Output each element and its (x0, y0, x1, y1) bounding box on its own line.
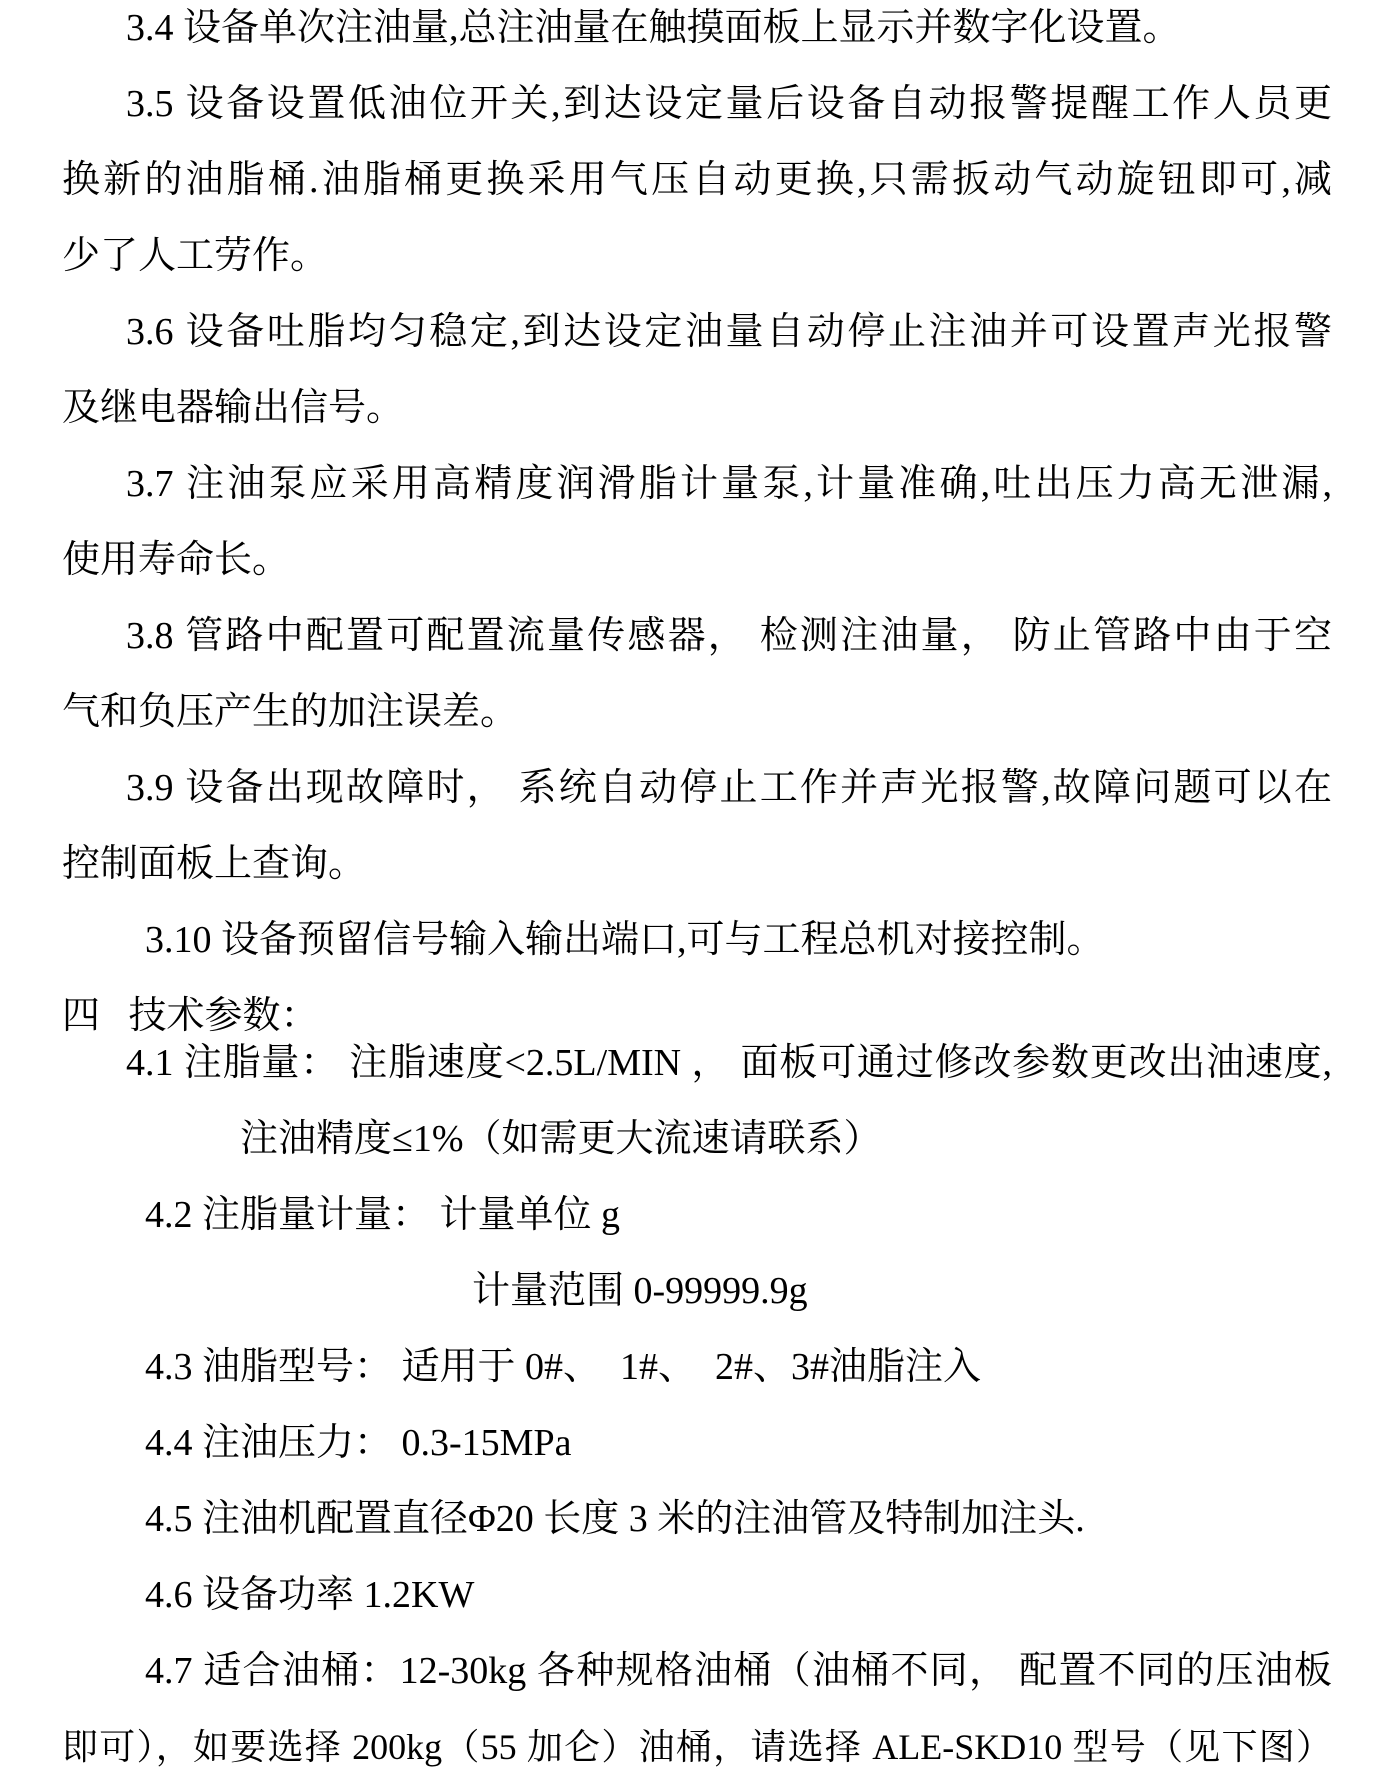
text-line: 3.7 注油泵应采用高精度润滑脂计量泵,计量准确,吐出压力高无泄漏, (62, 460, 1332, 536)
text-line: 4.6 设备功率 1.2KW (62, 1571, 1332, 1647)
document-body: 3.4 设备单次注油量,总注油量在触摸面板上显示并数字化设置。3.5 设备设置低… (62, 4, 1332, 1792)
text-line: 4.7 适合油桶：12-30kg 各种规格油桶（油桶不同， 配置不同的压油板 (62, 1647, 1332, 1723)
text-line: 3.4 设备单次注油量,总注油量在触摸面板上显示并数字化设置。 (62, 4, 1332, 80)
text-line: 计量范围 0-99999.9g (62, 1267, 1332, 1343)
text-line: 3.6 设备吐脂均匀稳定,到达设定油量自动停止注油并可设置声光报警 (62, 308, 1332, 384)
text-line: 3.10 设备预留信号输入输出端口,可与工程总机对接控制。 (62, 916, 1332, 992)
text-line: 少了人工劳作。 (62, 232, 1332, 308)
text-line: 3.5 设备设置低油位开关,到达设定量后设备自动报警提醒工作人员更 (62, 80, 1332, 156)
text-line: 控制面板上查询。 (62, 840, 1332, 916)
text-line: 4.3 油脂型号： 适用于 0#、 1#、 2#、3#油脂注入 (62, 1343, 1332, 1419)
text-line: 4.5 注油机配置直径Φ20 长度 3 米的注油管及特制加注头. (62, 1495, 1332, 1571)
text-line: 4.4 注油压力： 0.3-15MPa (62, 1419, 1332, 1495)
text-line: 换新的油脂桶.油脂桶更换采用气压自动更换,只需扳动气动旋钮即可,减 (62, 156, 1332, 232)
text-line: 及继电器输出信号。 (62, 384, 1332, 460)
text-line: 注油精度≤1%（如需更大流速请联系） (62, 1115, 1332, 1191)
text-line: 使用寿命长。 (62, 536, 1332, 612)
text-line: 即可），如要选择 200kg（55 加仑）油桶，请选择 ALE-SKD10 型号… (62, 1723, 1332, 1792)
document-page: 3.4 设备单次注油量,总注油量在触摸面板上显示并数字化设置。3.5 设备设置低… (0, 0, 1400, 1792)
text-line: 4.2 注脂量计量： 计量单位 g (62, 1191, 1332, 1267)
text-line: 4.1 注脂量： 注脂速度<2.5L/MIN ， 面板可通过修改参数更改出油速度… (62, 1039, 1332, 1115)
text-line: 四 技术参数： (62, 992, 1332, 1039)
text-line: 3.9 设备出现故障时， 系统自动停止工作并声光报警,故障问题可以在 (62, 764, 1332, 840)
text-line: 3.8 管路中配置可配置流量传感器， 检测注油量， 防止管路中由于空 (62, 612, 1332, 688)
text-line: 气和负压产生的加注误差。 (62, 688, 1332, 764)
